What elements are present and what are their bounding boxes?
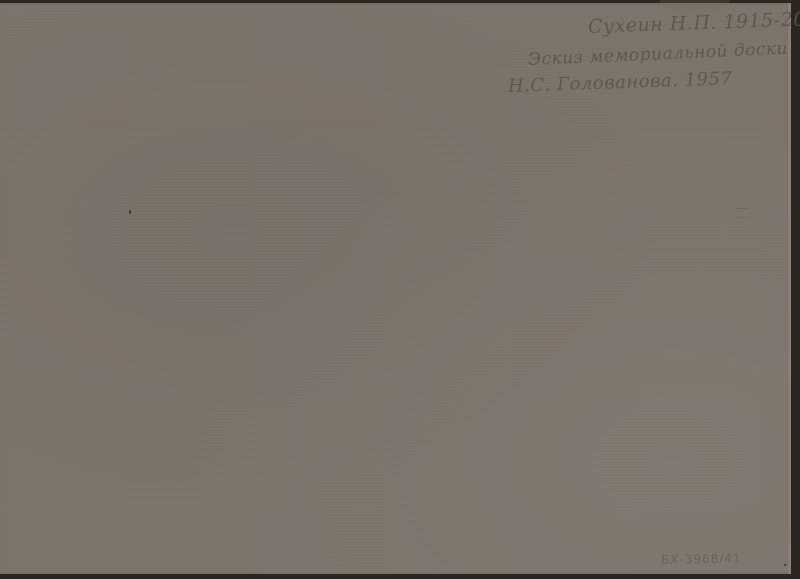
- handwritten-author-line: Сухеин Н.П. 1915-2009: [588, 8, 800, 38]
- handwritten-artist-date-line: Н.С. Голованова. 1957: [508, 68, 733, 97]
- paper-speck: [129, 210, 131, 214]
- paper-speck: [784, 564, 786, 566]
- faint-pencil-mark: [735, 208, 749, 218]
- scanned-document: Сухеин Н.П. 1915-2009 Эскиз мемориальной…: [0, 0, 800, 579]
- handwritten-title-line: Эскиз мемориальной доски: [528, 39, 789, 70]
- inventory-number: БХ-3968/41: [661, 551, 742, 566]
- paper-sheet: Сухеин Н.П. 1915-2009 Эскиз мемориальной…: [0, 3, 791, 574]
- paper-edge: [788, 3, 791, 574]
